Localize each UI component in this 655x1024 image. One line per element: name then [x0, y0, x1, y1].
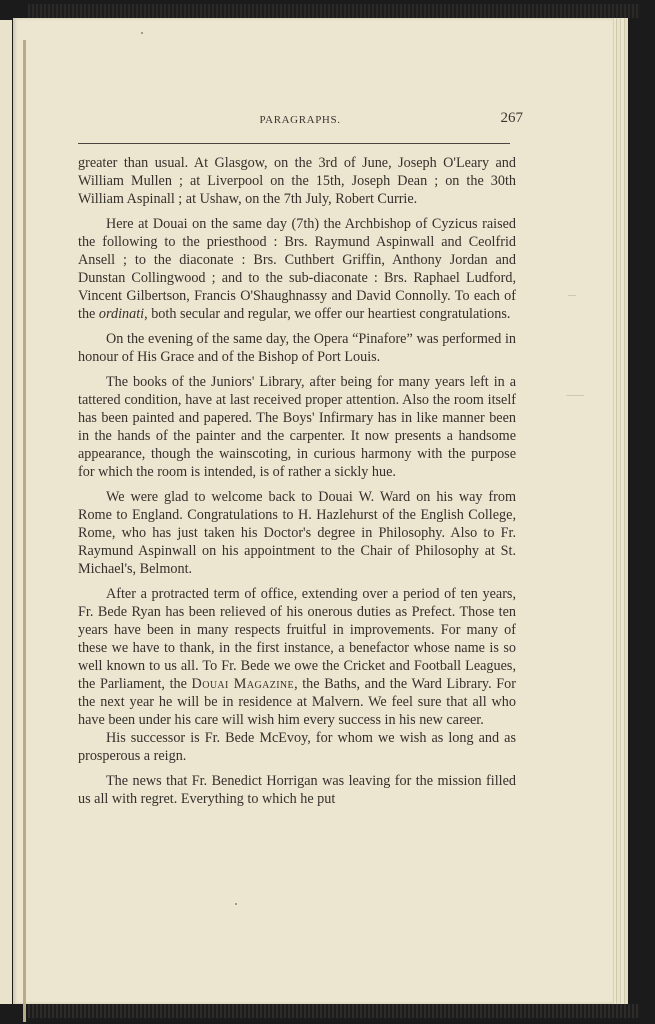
book-cover-bottom-edge — [28, 1004, 640, 1018]
paragraph-successor: His successor is Fr. Bede McEvoy, for wh… — [78, 729, 516, 765]
paragraph-prefect: After a protracted term of office, exten… — [78, 585, 516, 730]
facing-page-edge — [0, 20, 12, 1004]
gutter-shadow — [23, 40, 26, 1022]
book-cover-top-edge — [28, 4, 640, 18]
page-number: 267 — [501, 110, 524, 127]
book-page: PARAGRAPHS. 267 greater than usual. At G… — [13, 18, 613, 1004]
paragraph-continued: greater than usual. At Glasgow, on the 3… — [78, 154, 516, 208]
header-rule — [78, 143, 510, 144]
paragraph-horrigan: The news that Fr. Benedict Horrigan was … — [78, 772, 516, 808]
scanned-book-spread: PARAGRAPHS. 267 greater than usual. At G… — [0, 0, 655, 1024]
paper-speck — [141, 32, 143, 34]
italic-term: ordinati — [99, 306, 144, 322]
paper-mark — [568, 295, 576, 296]
paper-mark — [566, 395, 584, 396]
paragraph-welcome: We were glad to welcome back to Douai W.… — [78, 488, 516, 578]
paragraph-ordinations: Here at Douai on the same day (7th) the … — [78, 215, 516, 324]
running-title: PARAGRAPHS. — [77, 114, 523, 126]
paragraph-opera: On the evening of the same day, the Oper… — [78, 330, 516, 366]
small-caps-title: Douai Magazine — [192, 676, 295, 692]
paragraph-library: The books of the Juniors' Library, after… — [78, 373, 516, 482]
running-head: PARAGRAPHS. 267 — [77, 112, 523, 134]
paper-speck — [235, 903, 237, 905]
body-text: greater than usual. At Glasgow, on the 3… — [78, 154, 516, 815]
paragraph-text: , both secular and regular, we offer our… — [144, 306, 510, 322]
page-stack-edges — [612, 18, 628, 1004]
